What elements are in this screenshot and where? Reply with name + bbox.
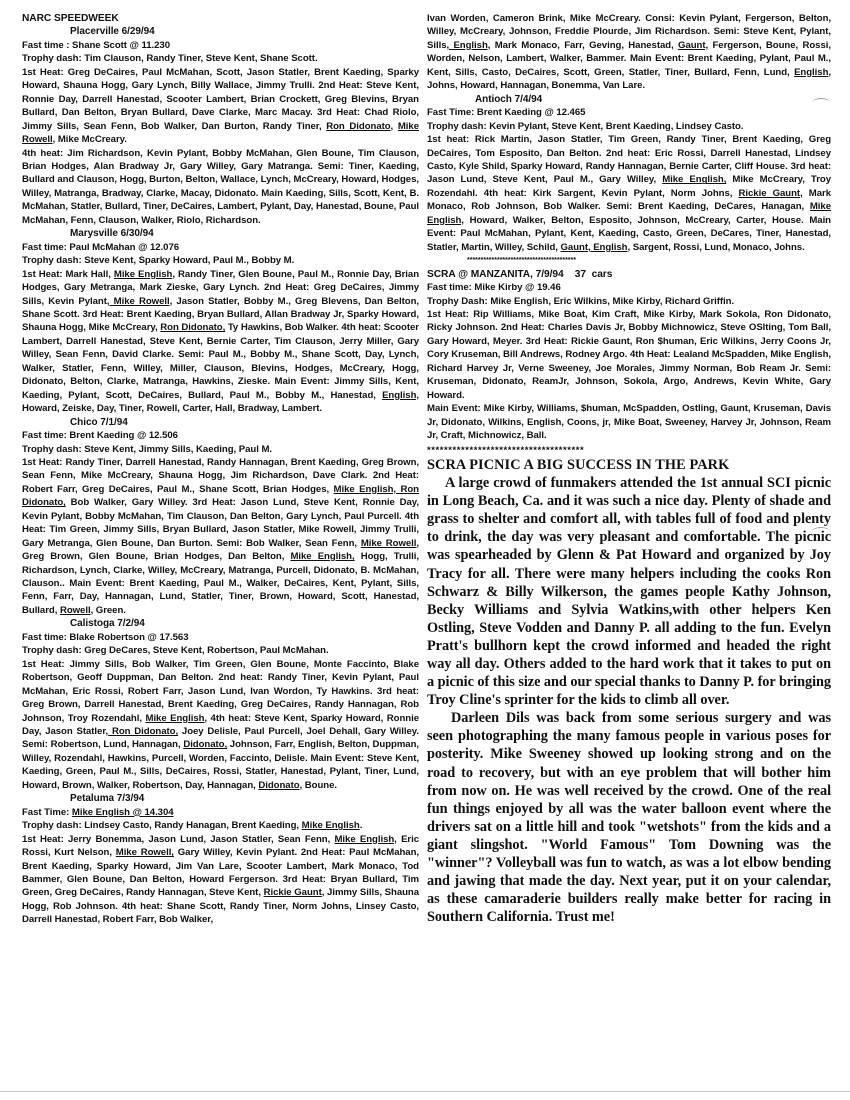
venue-heading: Antioch 7/4/94 bbox=[427, 93, 831, 106]
underlined-name: Ron Didonato, bbox=[108, 726, 178, 737]
race-chico: Chico 7/1/94 Fast time: Brent Kaeding @ … bbox=[22, 416, 419, 618]
underlined-name: Ron Didonato, bbox=[160, 322, 225, 333]
venue-heading: Placerville 6/29/94 bbox=[22, 25, 419, 38]
trophy-dash: Trophy dash: Lindsey Casto, Randy Hanaga… bbox=[22, 819, 419, 832]
scan-bottom-edge bbox=[0, 1091, 850, 1092]
fast-time: Fast time: Brent Kaeding @ 12.506 bbox=[22, 429, 419, 442]
left-column: NARC SPEEDWEEK Placerville 6/29/94 Fast … bbox=[22, 12, 419, 927]
heat-results: 1st Heat: Randy Tiner, Darrell Hanestad,… bbox=[22, 456, 419, 617]
underlined-name: , English, bbox=[446, 40, 490, 51]
newsletter-page: NARC SPEEDWEEK Placerville 6/29/94 Fast … bbox=[0, 0, 850, 1100]
section-title-narc-speedweek: NARC SPEEDWEEK bbox=[22, 12, 419, 25]
underlined-name: Mike English bbox=[302, 820, 360, 831]
underlined-name: Rickie Gaunt, bbox=[739, 188, 803, 199]
main-event-results: Main Event: Mike Kirby, Williams, $human… bbox=[427, 402, 831, 442]
race-antioch: Antioch 7/4/94 Fast Time: Brent Kaeding … bbox=[427, 93, 831, 254]
underlined-name: Didonato, bbox=[258, 780, 302, 791]
trophy-dash: Trophy dash: Tim Clauson, Randy Tiner, S… bbox=[22, 52, 419, 65]
article-headline: SCRA PICNIC A BIG SUCCESS IN THE PARK bbox=[427, 456, 831, 474]
race-petaluma-continued: Ivan Worden, Cameron Brink, Mike McCrear… bbox=[427, 12, 831, 93]
trophy-dash: Trophy dash: Greg DeCares, Steve Kent, R… bbox=[22, 644, 419, 657]
race-marysville: Marysville 6/30/94 Fast time: Paul McMah… bbox=[22, 227, 419, 415]
underlined-name: Rickie Gaunt bbox=[264, 887, 322, 898]
underlined-name: Didonato, bbox=[183, 739, 227, 750]
article-paragraph: Darleen Dils was back from some serious … bbox=[427, 709, 831, 926]
underlined-name: Mike English, bbox=[334, 834, 396, 845]
heat-results: 1st Heat: Rip Williams, Mike Boat, Kim C… bbox=[427, 308, 831, 402]
section-separator: **************************************** bbox=[427, 254, 831, 267]
underlined-fast-time: Mike English @ 14.304 bbox=[72, 807, 174, 818]
underlined-name: Gaunt, bbox=[678, 40, 708, 51]
underlined-name: Gaunt, English bbox=[561, 242, 628, 253]
section-title-scra-manzanita: SCRA @ MANZANITA, 7/9/94 37 cars bbox=[427, 268, 831, 281]
venue-heading: Marysville 6/30/94 bbox=[22, 227, 419, 240]
race-calistoga: Calistoga 7/2/94 Fast time: Blake Robert… bbox=[22, 617, 419, 792]
article-scra-picnic: SCRA PICNIC A BIG SUCCESS IN THE PARK A … bbox=[427, 456, 831, 926]
heat-results: 1st heat: Rick Martin, Jason Statler, Ti… bbox=[427, 133, 831, 254]
underlined-name: Mike English, bbox=[290, 551, 354, 562]
underlined-name: Mike Rowell, bbox=[361, 538, 419, 549]
trophy-dash: Trophy dash: Kevin Pylant, Steve Kent, B… bbox=[427, 120, 831, 133]
race-placerville: Placerville 6/29/94 Fast time : Shane Sc… bbox=[22, 25, 419, 227]
trophy-dash: Trophy dash: Steve Kent, Jimmy Sills, Ka… bbox=[22, 443, 419, 456]
heat-results: 1st Heat: Jerry Bonemma, Jason Lund, Jas… bbox=[22, 833, 419, 927]
underlined-name: Mike English bbox=[114, 269, 172, 280]
fast-time: Fast time: Blake Robertson @ 17.563 bbox=[22, 631, 419, 644]
underlined-name: Mike English, bbox=[662, 174, 726, 185]
underlined-name: Ron Didonato, bbox=[326, 121, 393, 132]
venue-heading: Calistoga 7/2/94 bbox=[22, 617, 419, 630]
page-curl-mark bbox=[812, 527, 830, 536]
fast-time: Fast time : Shane Scott @ 11.230 bbox=[22, 39, 419, 52]
heat-results: 1st Heat: Greg DeCaires, Paul McMahan, S… bbox=[22, 66, 419, 147]
underlined-name: Mike English, bbox=[146, 713, 208, 724]
underlined-name: Mike Rowell, bbox=[116, 847, 174, 858]
fast-time: Fast time: Paul McMahan @ 12.076 bbox=[22, 241, 419, 254]
fast-time: Fast Time: Mike English @ 14.304 bbox=[22, 806, 419, 819]
underlined-name: Mike Rowell, bbox=[109, 296, 172, 307]
fast-time: Fast Time: Brent Kaeding @ 12.465 bbox=[427, 106, 831, 119]
underlined-name: English bbox=[794, 67, 828, 78]
fast-time: Fast time: Mike Kirby @ 19.46 bbox=[427, 281, 831, 294]
right-column: Ivan Worden, Cameron Brink, Mike McCrear… bbox=[427, 12, 831, 926]
venue-heading: Chico 7/1/94 bbox=[22, 416, 419, 429]
underlined-name: English, bbox=[382, 390, 419, 401]
article-paragraph: A large crowd of funmakers attended the … bbox=[427, 474, 831, 709]
heat-results: 1st Heat: Mark Hall, Mike English, Randy… bbox=[22, 268, 419, 416]
heat-results: 1st Heat: Jimmy Sills, Bob Walker, Tim G… bbox=[22, 658, 419, 793]
venue-heading: Petaluma 7/3/94 bbox=[22, 792, 419, 805]
trophy-dash: Trophy dash: Steve Kent, Sparky Howard, … bbox=[22, 254, 419, 267]
semi-main-results: 4th heat: Jim Richardson, Kevin Pylant, … bbox=[22, 147, 419, 228]
page-curl-mark bbox=[812, 98, 830, 107]
heat-results-continued: Ivan Worden, Cameron Brink, Mike McCrear… bbox=[427, 12, 831, 93]
trophy-dash: Trophy Dash: Mike English, Eric Wilkins,… bbox=[427, 295, 831, 308]
section-separator: ************************************* bbox=[427, 443, 831, 456]
race-scra-manzanita: SCRA @ MANZANITA, 7/9/94 37 cars Fast ti… bbox=[427, 268, 831, 456]
underlined-name: Rowell bbox=[60, 605, 91, 616]
race-petaluma: Petaluma 7/3/94 Fast Time: Mike English … bbox=[22, 792, 419, 927]
